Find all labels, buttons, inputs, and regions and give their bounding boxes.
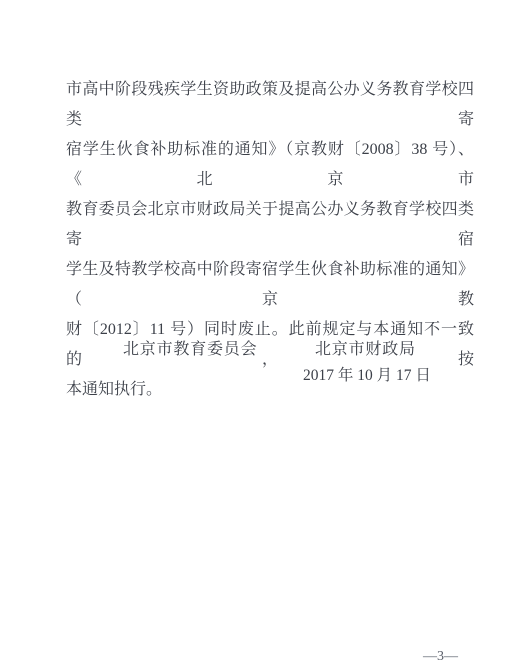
page-number: —3— [423,649,458,665]
body-line: 教育委员会北京市财政局关于提高公办义务教育学校四类寄宿 [66,195,474,255]
signature-education-committee: 北京市教育委员会 [123,336,257,359]
body-line: 学生及特教学校高中阶段寄宿学生伙食补助标准的通知》（京教 [66,255,474,315]
document-page: 市高中阶段残疾学生资助政策及提高公办义务教育学校四类寄 宿学生伙食补助标准的通知… [0,0,530,671]
body-line: 宿学生伙食补助标准的通知》（京教财〔2008〕38 号）、《北京市 [66,135,474,195]
body-line: 市高中阶段残疾学生资助政策及提高公办义务教育学校四类寄 [66,75,474,135]
signature-finance-bureau: 北京市财政局 [315,336,416,359]
signature-date: 2017 年 10 月 17 日 [303,363,431,385]
